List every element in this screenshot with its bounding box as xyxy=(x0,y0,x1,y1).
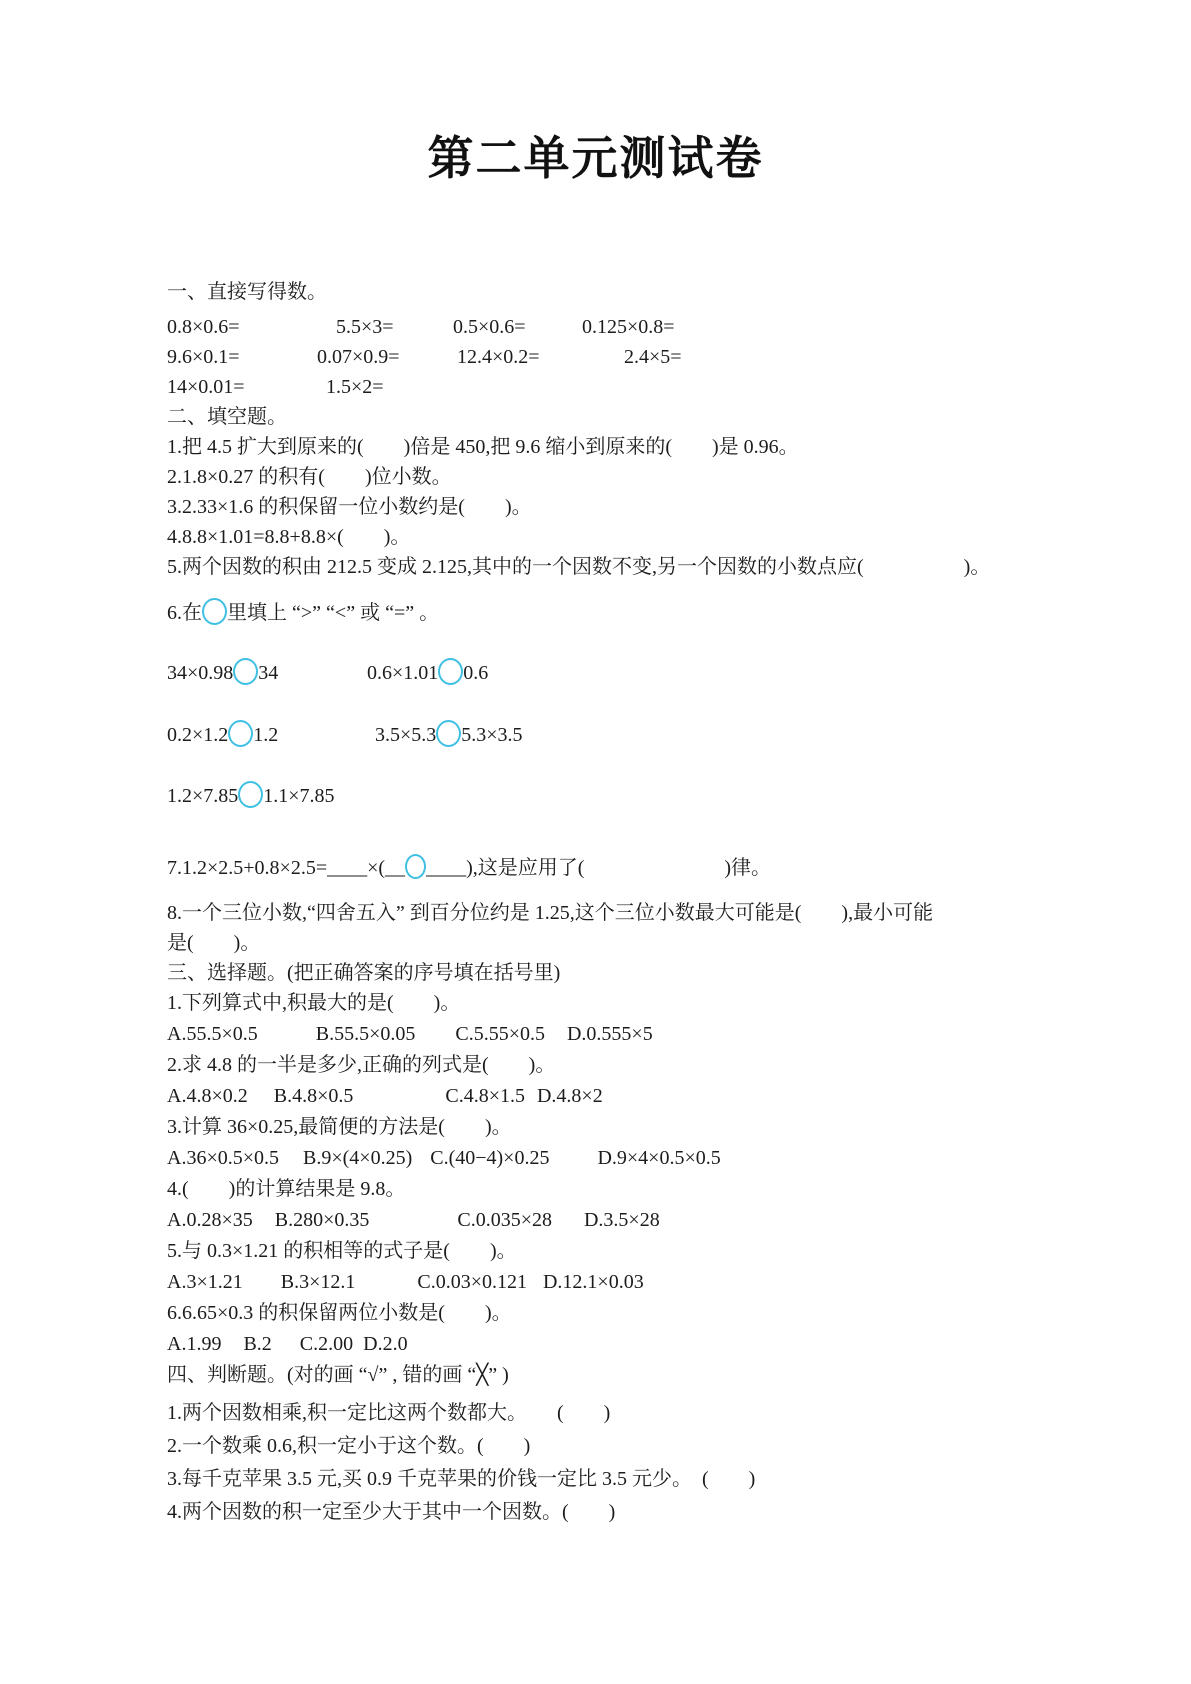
calc-expression: 2.4×5= xyxy=(624,342,682,372)
comparison-row-3: 1.2×7.851.1×7.85 xyxy=(167,781,1147,811)
comparison-pair: 34×0.9834 xyxy=(167,658,278,688)
calc-expression: 9.6×0.1= xyxy=(167,342,240,372)
option: B.4.8×0.5 xyxy=(274,1085,354,1107)
fill-item-1: 1.把 4.5 扩大到原来的( )倍是 450,把 9.6 缩小到原来的( )是… xyxy=(167,432,1147,462)
comparison-circle xyxy=(228,720,253,747)
comparison-right: 1.1×7.85 xyxy=(263,785,334,807)
fill-item-7: 7.1.2×2.5+0.8×2.5=____×(______),这是应用了( )… xyxy=(167,853,1147,883)
calc-expression: 12.4×0.2= xyxy=(457,342,540,372)
comparison-pair: 1.2×7.851.1×7.85 xyxy=(167,781,335,811)
comparison-left: 0.2×1.2 xyxy=(167,724,228,746)
calc-expression: 0.5×0.6= xyxy=(453,312,526,342)
section-1-heading: 一、直接写得数。 xyxy=(167,277,1147,307)
section-2-heading: 二、填空题。 xyxy=(167,402,1147,432)
section-3: 三、选择题。(把正确答案的序号填在括号里) 1.下列算式中,积最大的是( )。 … xyxy=(167,958,1147,1360)
option: B.280×0.35 xyxy=(275,1209,370,1231)
comparison-right: 34 xyxy=(258,662,278,684)
comparison-left: 34×0.98 xyxy=(167,662,233,684)
section-3-heading: 三、选择题。(把正确答案的序号填在括号里) xyxy=(167,958,1147,988)
calc-row-1: 0.8×0.6= 5.5×3= 0.5×0.6= 0.125×0.8= xyxy=(167,312,1147,342)
choice-stem-5: 5.与 0.3×1.21 的积相等的式子是( )。 xyxy=(167,1236,1147,1267)
calc-expression: 0.07×0.9= xyxy=(317,342,400,372)
comparison-left: 3.5×5.3 xyxy=(375,724,436,746)
calc-expression: 1.5×2= xyxy=(326,372,384,402)
choice-options-5: A.3×1.21B.3×12.1C.0.03×0.121D.12.1×0.03 xyxy=(167,1267,1147,1298)
comparison-pair: 3.5×5.35.3×3.5 xyxy=(375,720,523,750)
judgement-item-4: 4.两个因数的积一定至少大于其中一个因数。( ) xyxy=(167,1496,1147,1529)
comparison-left: 0.6×1.01 xyxy=(367,662,438,684)
option: B.2 xyxy=(243,1333,271,1355)
comparison-circle xyxy=(233,658,258,685)
fill-item-2: 2.1.8×0.27 的积有( )位小数。 xyxy=(167,462,1147,492)
choice-options-2: A.4.8×0.2B.4.8×0.5C.4.8×1.5D.4.8×2 xyxy=(167,1081,1147,1112)
option: B.9×(4×0.25) xyxy=(303,1147,412,1169)
option: A.4.8×0.2 xyxy=(167,1085,248,1107)
option: C.5.55×0.5 xyxy=(455,1023,545,1045)
fill-item-3: 3.2.33×1.6 的积保留一位小数约是( )。 xyxy=(167,492,1147,522)
judgement-item-2: 2.一个数乘 0.6,积一定小于这个数。( ) xyxy=(167,1430,1147,1463)
fill-item-7-prefix: 7.1.2×2.5+0.8×2.5=____×(__ xyxy=(167,857,405,879)
comparison-pair: 0.6×1.010.6 xyxy=(367,658,488,688)
comparison-circle xyxy=(238,781,263,808)
page-title: 第二单元测试卷 xyxy=(0,122,1191,188)
option: D.9×4×0.5×0.5 xyxy=(597,1147,720,1169)
comparison-right: 1.2 xyxy=(253,724,278,746)
choice-options-1: A.55.5×0.5B.55.5×0.05C.5.55×0.5D.0.555×5 xyxy=(167,1019,1147,1050)
option: A.36×0.5×0.5 xyxy=(167,1147,279,1169)
calc-expression: 5.5×3= xyxy=(336,312,394,342)
section-4: 四、判断题。(对的画 “√” , 错的画 “╳” ) 1.两个因数相乘,积一定比… xyxy=(167,1360,1147,1529)
option: C.(40−4)×0.25 xyxy=(430,1147,549,1169)
comparison-left: 1.2×7.85 xyxy=(167,785,238,807)
comparison-right: 5.3×3.5 xyxy=(461,724,522,746)
fill-item-6-prefix: 6.在 xyxy=(167,602,202,624)
option: D.0.555×5 xyxy=(567,1023,653,1045)
fill-item-7-suffix: ____),这是应用了( )律。 xyxy=(426,857,771,879)
paper-content: 一、直接写得数。 0.8×0.6= 5.5×3= 0.5×0.6= 0.125×… xyxy=(167,277,1147,1529)
choice-options-3: A.36×0.5×0.5B.9×(4×0.25)C.(40−4)×0.25D.9… xyxy=(167,1143,1147,1174)
section-4-heading: 四、判断题。(对的画 “√” , 错的画 “╳” ) xyxy=(167,1360,1147,1390)
option: B.55.5×0.05 xyxy=(316,1023,416,1045)
fill-item-6-suffix: 里填上 “>” “<” 或 “=” 。 xyxy=(227,602,439,624)
calc-expression: 14×0.01= xyxy=(167,372,245,402)
choice-stem-3: 3.计算 36×0.25,最简便的方法是( )。 xyxy=(167,1112,1147,1143)
fill-item-6: 6.在里填上 “>” “<” 或 “=” 。 xyxy=(167,598,1147,628)
calc-expression: 0.8×0.6= xyxy=(167,312,240,342)
option: A.1.99 xyxy=(167,1333,221,1355)
calc-row-2: 9.6×0.1= 0.07×0.9= 12.4×0.2= 2.4×5= xyxy=(167,342,1147,372)
option: D.3.5×28 xyxy=(584,1209,660,1231)
fill-item-5: 5.两个因数的积由 212.5 变成 2.125,其中的一个因数不变,另一个因数… xyxy=(167,552,1147,582)
option: C.2.00 xyxy=(300,1333,353,1355)
comparison-right: 0.6 xyxy=(463,662,488,684)
comparison-circle xyxy=(438,658,463,685)
calc-expression: 0.125×0.8= xyxy=(582,312,675,342)
comparison-row-2: 0.2×1.21.2 3.5×5.35.3×3.5 xyxy=(167,720,1147,750)
option: A.0.28×35 xyxy=(167,1209,253,1231)
calc-row-3: 14×0.01= 1.5×2= xyxy=(167,372,1147,402)
comparison-circle xyxy=(405,854,426,879)
option: C.4.8×1.5 xyxy=(445,1085,525,1107)
option: D.2.0 xyxy=(363,1333,407,1355)
option: B.3×12.1 xyxy=(281,1271,356,1293)
judgement-item-3: 3.每千克苹果 3.5 元,买 0.9 千克苹果的价钱一定比 3.5 元少。 (… xyxy=(167,1463,1147,1496)
judgement-item-1: 1.两个因数相乘,积一定比这两个数都大。 ( ) xyxy=(167,1397,1147,1430)
fill-item-4: 4.8.8×1.01=8.8+8.8×( )。 xyxy=(167,522,1147,552)
comparison-circle xyxy=(202,598,227,625)
choice-stem-1: 1.下列算式中,积最大的是( )。 xyxy=(167,988,1147,1019)
choice-stem-6: 6.6.65×0.3 的积保留两位小数是( )。 xyxy=(167,1298,1147,1329)
comparison-circle xyxy=(436,720,461,747)
comparison-row-1: 34×0.9834 0.6×1.010.6 xyxy=(167,658,1147,688)
option: A.55.5×0.5 xyxy=(167,1023,258,1045)
comparison-pair: 0.2×1.21.2 xyxy=(167,720,278,750)
choice-stem-4: 4.( )的计算结果是 9.8。 xyxy=(167,1174,1147,1205)
test-paper-page: 第二单元测试卷 一、直接写得数。 0.8×0.6= 5.5×3= 0.5×0.6… xyxy=(0,0,1191,1684)
choice-stem-2: 2.求 4.8 的一半是多少,正确的列式是( )。 xyxy=(167,1050,1147,1081)
option: D.4.8×2 xyxy=(537,1085,603,1107)
option: D.12.1×0.03 xyxy=(543,1271,644,1293)
option: C.0.035×28 xyxy=(457,1209,552,1231)
choice-options-4: A.0.28×35B.280×0.35C.0.035×28D.3.5×28 xyxy=(167,1205,1147,1236)
choice-options-6: A.1.99B.2C.2.00D.2.0 xyxy=(167,1329,1147,1360)
fill-item-8-line-2: 是( )。 xyxy=(167,928,1147,958)
option: A.3×1.21 xyxy=(167,1271,243,1293)
option: C.0.03×0.121 xyxy=(417,1271,527,1293)
fill-item-8-line-1: 8.一个三位小数,“四舍五入” 到百分位约是 1.25,这个三位小数最大可能是(… xyxy=(167,898,1147,928)
